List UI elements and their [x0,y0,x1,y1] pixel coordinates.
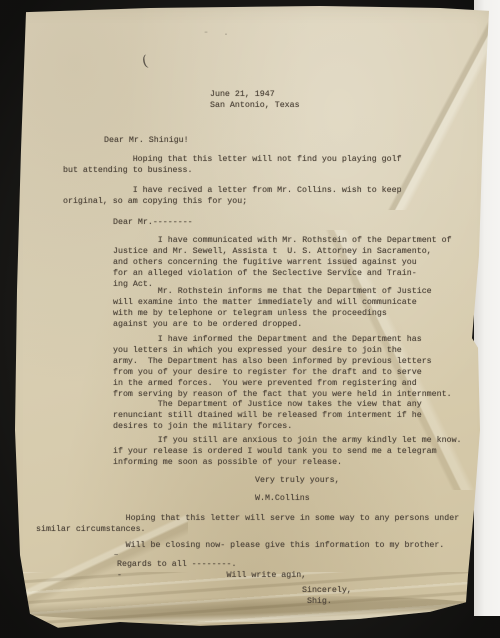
letter-line: I have communicated with Mr. Rothstein o… [113,235,452,246]
letter-block-para-2: I have recived a letter from Mr. Collins… [63,185,402,207]
letter-line: San Antonio, Texas [210,100,300,111]
letter-paper: ( - . June 21, 1947San Antonio, TexasDea… [0,0,500,638]
letter-block-quote-para-4: The Department of Justice now takes the … [113,399,422,432]
letter-block-para-5: Regards to all --------.- Will write agi… [117,559,306,581]
letter-line: renunciant still dtained will be release… [113,410,422,421]
letter-line: Very truly yours, [255,475,340,486]
letter-line: original, so am copying this for you; [63,196,402,207]
letter-block-dateline: June 21, 1947San Antonio, Texas [210,89,300,111]
letter-block-para-4: Will be closing now- please give this in… [36,540,444,551]
letter-block-quote-para-2: Mr. Rothstein informs me that the Depart… [113,286,432,330]
letter-line: I have recived a letter from Mr. Collins… [63,185,402,196]
letter-line: - Will write agin, [117,570,306,581]
letter-line: Hoping that this letter will not find yo… [63,154,402,165]
letter-block-quote-para-5: If you still are anxious to join the arm… [113,435,462,468]
letter-line: informing me soon as possible of your re… [113,457,462,468]
letter-line: against you are to be ordered dropped. [113,319,432,330]
letter-block-quote-closing: Very truly yours, [255,475,340,486]
letter-block-para-3: Hoping that this letter will serve in so… [36,513,459,535]
letter-block-closing: Sincerely, Shig. [302,585,352,607]
letter-line: W.M.Collins [255,493,310,504]
letter-line: similar circumstances. [36,524,459,535]
letter-line: Sincerely, [302,585,352,596]
letter-line: and others concerning the fugitive warre… [113,257,452,268]
letter-line: army. The Department has also been infor… [113,356,452,367]
letter-line: from you of your desire to register for … [113,367,452,378]
letter-line: in the armed forces. You were prevented … [113,378,452,389]
letter-line: Justice and Mr. Sewell, Assista t U. S. … [113,246,452,257]
letter-block-para-1: Hoping that this letter will not find yo… [63,154,402,176]
photographed-letter-scene: ( - . June 21, 1947San Antonio, TexasDea… [0,0,500,638]
letter-line: if your release is ordered I would tank … [113,446,462,457]
letter-block-quote-para-1: I have communicated with Mr. Rothstein o… [113,235,452,290]
letter-line: desires to join the military forces. [113,421,422,432]
letter-line: Shig. [302,596,352,607]
letter-block-quote-para-3: I have informed the Department and the D… [113,334,452,400]
letter-line: The Department of Justice now takes the … [113,399,422,410]
letter-block-quote-salutation: Dear Mr.-------- [113,217,193,228]
letter-line: Regards to all --------. [117,559,306,570]
letter-line: June 21, 1947 [210,89,300,100]
letter-line: for an alleged violation of the Seclecti… [113,268,452,279]
letter-line: I have informed the Department and the D… [113,334,452,345]
letter-text: June 21, 1947San Antonio, TexasDear Mr. … [0,0,500,638]
letter-line: you letters in which you expressed your … [113,345,452,356]
letter-line: Dear Mr.-------- [113,217,193,228]
letter-block-salutation: Dear Mr. Shinigu! [104,135,189,146]
letter-line: with me by telephone or telegram unless … [113,308,432,319]
letter-line: Hoping that this letter will serve in so… [36,513,459,524]
letter-line: Will be closing now- please give this in… [36,540,444,551]
letter-line: but attending to business. [63,165,402,176]
letter-line: Dear Mr. Shinigu! [104,135,189,146]
letter-line: Mr. Rothstein informs me that the Depart… [113,286,432,297]
letter-line: If you still are anxious to join the arm… [113,435,462,446]
letter-line: will examine into the matter immediately… [113,297,432,308]
letter-block-quote-signature: W.M.Collins [255,493,310,504]
